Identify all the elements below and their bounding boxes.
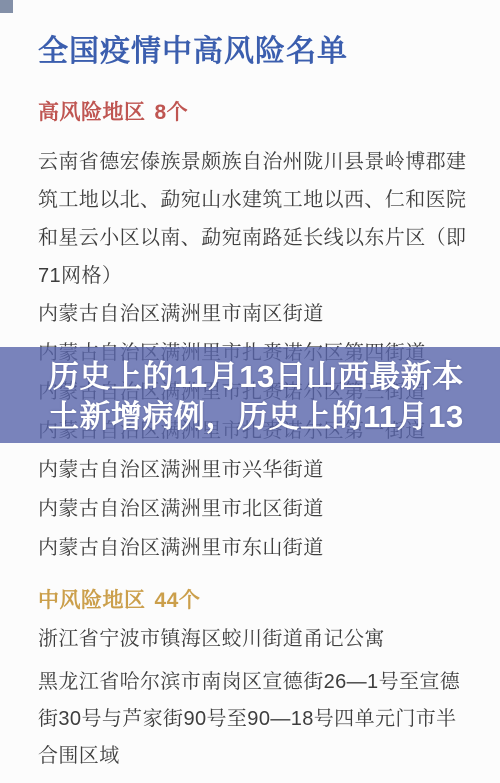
risk-area-item: 云南省德宏傣族景颇族自治州陇川县景岭博郡建筑工地以北、勐宛山水建筑工地以西、仁和… — [38, 143, 470, 295]
mid-risk-count: 44个 — [155, 589, 201, 612]
risk-area-item: 内蒙古自治区满洲里市兴华街道 — [38, 451, 470, 489]
corner-mark — [0, 0, 13, 13]
risk-area-item: 浙江省宁波市镇海区蛟川街道甬记公寓 — [38, 620, 470, 658]
risk-area-item: 内蒙古自治区满洲里市东山街道 — [38, 529, 470, 567]
risk-area-item: 内蒙古自治区满洲里市北区街道 — [38, 490, 470, 528]
mid-risk-section-header: 中风险地区44个 — [38, 584, 200, 614]
high-risk-label: 高风险地区 — [38, 101, 146, 124]
high-risk-count: 8个 — [155, 101, 189, 124]
watermark-overlay: 历史上的11月13日山西最新本 土新增病例，历史上的11月13 — [0, 347, 500, 443]
page-title: 全国疫情中高风险名单 — [38, 26, 348, 70]
watermark-text-line: 土新增病例，历史上的11月13 — [48, 397, 474, 437]
watermark-text-line: 历史上的11月13日山西最新本 — [48, 357, 474, 397]
high-risk-section-header: 高风险地区8个 — [38, 96, 188, 126]
mid-risk-label: 中风险地区 — [38, 589, 146, 612]
risk-list-page: 全国疫情中高风险名单 高风险地区8个 云南省德宏傣族景颇族自治州陇川县景岭博郡建… — [0, 0, 500, 783]
risk-area-item: 内蒙古自治区满洲里市南区街道 — [38, 295, 470, 333]
risk-area-item: 黑龙江省哈尔滨市南岗区宣德街26—1号至宣德街30号与芦家街90号至90—18号… — [38, 664, 470, 775]
mid-risk-list: 浙江省宁波市镇海区蛟川街道甬记公寓 黑龙江省哈尔滨市南岗区宣德街26—1号至宣德… — [38, 620, 470, 775]
